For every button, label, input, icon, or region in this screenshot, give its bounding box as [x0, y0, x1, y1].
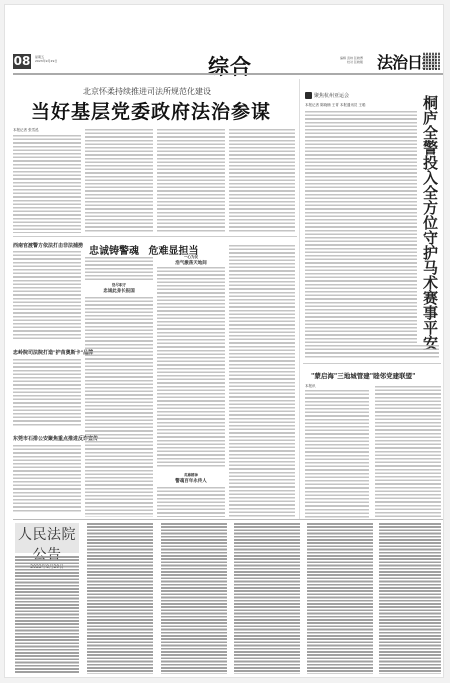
- right-middle-body-col1: [305, 390, 369, 518]
- middle-body-col2b: [157, 487, 225, 517]
- lead-divider: [13, 236, 297, 237]
- section-title: 综合: [208, 51, 252, 81]
- column-tag-icon: [305, 92, 312, 99]
- lead-kicker: 北京怀柔持续推进司法所规范化建设: [83, 86, 211, 97]
- middle-intro: [85, 257, 153, 281]
- notice-col3: [161, 523, 227, 674]
- lead-body-col2: [85, 129, 153, 233]
- lead-body-col4: [229, 129, 295, 233]
- left-story-2-headline: 忠岭院司法院打造"护苗奥斯卡"品牌: [13, 349, 93, 356]
- sub1-title: 浩气激荡天地间: [157, 260, 225, 266]
- right-middle-byline: 本报讯: [305, 384, 316, 389]
- newspaper-page: 08 星期五 2023年9月29日 综合 编辑 袁帅 张晓博 校对 张晓刚 法治…: [4, 4, 444, 678]
- notice-col2: [87, 523, 153, 674]
- right-byline: 本报记者 陈晓楠 王青 本报通讯员 王聪: [305, 103, 365, 108]
- right-divider: [303, 363, 441, 364]
- lead-body-col3: [157, 129, 225, 233]
- notice-col6: [379, 523, 441, 674]
- lead-byline: 本报记者 张雪泓: [13, 128, 39, 133]
- right-top-body: [305, 111, 417, 343]
- middle-body-col1: [85, 297, 153, 517]
- column-divider: [299, 79, 300, 519]
- middle-body-col3: [229, 245, 295, 517]
- right-middle-body-col2: [375, 386, 441, 518]
- sub2-title: 忠诚此身长报国: [85, 288, 153, 294]
- lead-headline: 当好基层党委政府法治参谋: [31, 97, 271, 124]
- sub3-title: 警魂百年永传人: [157, 478, 225, 484]
- editors-info: 编辑 袁帅 张晓博 校对 张晓刚: [340, 56, 363, 64]
- column-tag: 聚焦杭州亚运会: [305, 92, 349, 99]
- column-tag-label: 聚焦杭州亚运会: [314, 92, 349, 99]
- lead-body-col1: [13, 135, 81, 233]
- middle-headline-part1: 忠诚铸警魂: [89, 246, 139, 257]
- notice-col5: [307, 523, 373, 674]
- edition-info: 星期五 2023年9月29日: [35, 55, 57, 63]
- middle-sub3: 英雄精神 警魂百年永传人: [157, 473, 225, 484]
- proofreader-line: 校对 张晓刚: [340, 60, 363, 64]
- left-story-2-body: [13, 359, 81, 427]
- middle-sub2: 恪尽职守 忠诚此身长报国: [85, 283, 153, 294]
- notice-col1: [15, 556, 79, 674]
- middle-sub1: 一心为民 浩气激荡天地间: [157, 255, 225, 266]
- vertical-headline: 桐庐全警投入全方位守护马术赛事平安: [421, 95, 439, 350]
- qr-code-icon[interactable]: [423, 52, 441, 70]
- right-top-body-tail: [305, 345, 439, 359]
- notice-divider: [13, 519, 443, 520]
- masthead-divider: [13, 73, 443, 75]
- page-number: 08: [13, 54, 31, 69]
- left-story-3-body: [13, 445, 81, 513]
- edition-date: 2023年9月29日: [35, 59, 57, 63]
- middle-body-col2: [157, 267, 225, 467]
- right-middle-headline: "蒙启海"三地城管建"睦邻党建联盟": [311, 371, 416, 380]
- left-story-1-body: [13, 251, 81, 341]
- court-notice-banner: 人民法院公告 2023年8月29日: [15, 523, 79, 553]
- notice-col4: [234, 523, 300, 674]
- left-story-1-headline: 西南官渡警方依法打击非法捕捞: [13, 242, 83, 249]
